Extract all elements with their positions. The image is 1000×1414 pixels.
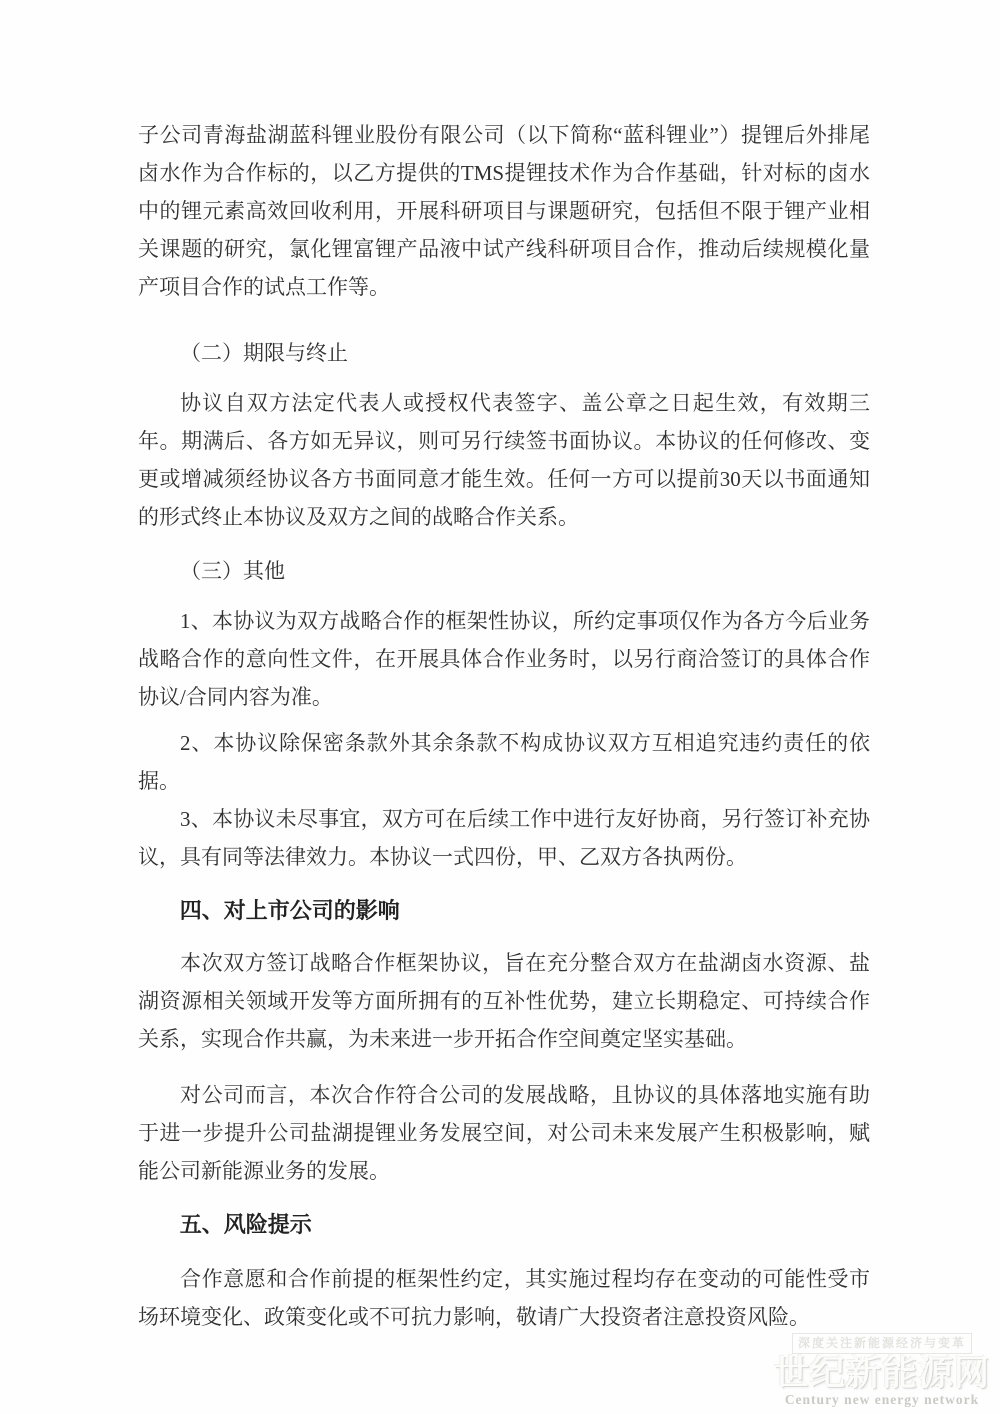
paragraph-others-item-2: 2、本协议除保密条款外其余条款不构成协议双方互相追究违约责任的依据。	[138, 724, 870, 800]
paragraph-impact-1: 本次双方签订战略合作框架协议，旨在充分整合双方在盐湖卤水资源、盐湖资源相关领域开…	[138, 944, 870, 1058]
paragraph-cooperation-scope: 子公司青海盐湖蓝科锂业股份有限公司（以下简称“蓝科锂业”）提锂后外排尾卤水作为合…	[138, 116, 870, 306]
paragraph-term-and-termination: 协议自双方法定代表人或授权代表签字、盖公章之日起生效，有效期三年。期满后、各方如…	[138, 384, 870, 536]
document-page: 子公司青海盐湖蓝科锂业股份有限公司（以下简称“蓝科锂业”）提锂后外排尾卤水作为合…	[0, 0, 1000, 1414]
paragraph-risk-notice: 合作意愿和合作前提的框架性约定，其实施过程均存在变动的可能性受市场环境变化、政策…	[138, 1260, 870, 1336]
subheading-term-and-termination: （二）期限与终止	[138, 334, 870, 372]
paragraph-impact-2: 对公司而言，本次合作符合公司的发展战略，且协议的具体落地实施有助于进一步提升公司…	[138, 1076, 870, 1190]
watermark-slogan-text: 深度关注新能源经济与变革	[792, 1333, 972, 1354]
watermark-subtitle-text: Century new energy network	[769, 1392, 995, 1407]
paragraph-others-item-1: 1、本协议为双方战略合作的框架性协议，所约定事项仅作为各方今后业务战略合作的意向…	[138, 602, 870, 716]
watermark-logo-text: 世纪新能源网	[769, 1356, 995, 1392]
watermark: 深度关注新能源经济与变革 世纪新能源网 Century new energy n…	[769, 1333, 995, 1407]
heading-risk-notice: 五、风险提示	[138, 1206, 870, 1244]
paragraph-others-item-3: 3、本协议未尽事宜，双方可在后续工作中进行友好协商，另行签订补充协议，具有同等法…	[138, 800, 870, 876]
document-body: 子公司青海盐湖蓝科锂业股份有限公司（以下简称“蓝科锂业”）提锂后外排尾卤水作为合…	[138, 116, 870, 1336]
heading-impact-on-listed-company: 四、对上市公司的影响	[138, 892, 870, 930]
subheading-others: （三）其他	[138, 552, 870, 590]
